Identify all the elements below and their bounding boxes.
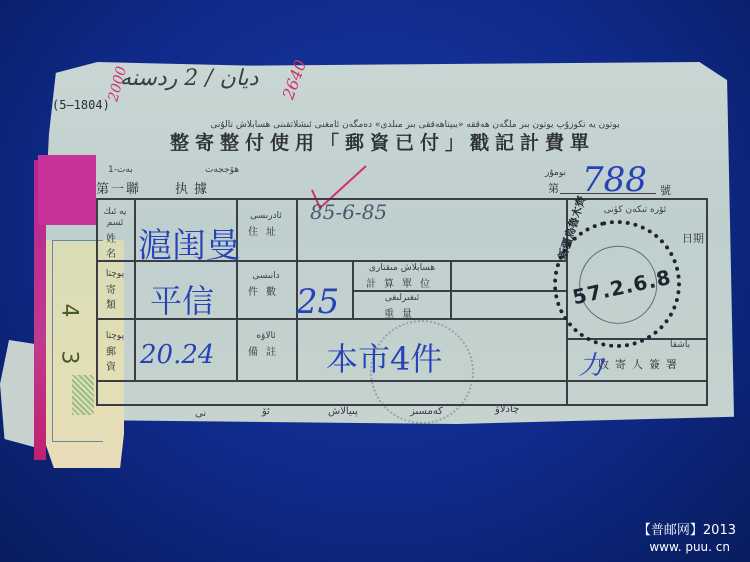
strip-number: 3 [57,351,82,365]
signature-label: 收寄人簽署 [598,356,683,372]
mail-type-value: 平信 [150,276,214,322]
date-uyghur: ئۆرە تىكەن كۈنى [600,204,670,215]
date-label: 日期 [682,230,704,246]
unit-label: ھسابلاش مىقتارى 計算單位 [354,262,450,290]
stub-uyghur: ھۆججەت [205,165,239,175]
magenta-tab [38,155,96,225]
count-value: 25 [296,282,339,322]
mail-type-label: پوچتا 寄類 [98,268,132,311]
strip-number: 4 [57,304,82,318]
stub-label: 执據 [175,178,213,197]
remarks-label: ئالاۋە 備註 [238,330,294,358]
receipt-number: 788 [582,160,647,200]
form-serial: (5—1804) [52,98,110,112]
bottom-label: كەمسىز [410,406,443,417]
handwritten-top-note: ديان / 2 ردسنه [120,66,258,91]
bottom-label: ئۆ [262,406,270,417]
document-title: 整寄整付使用「郵資已付」戳記計費單 [170,128,595,155]
number-suffix: 號 [660,182,671,198]
address-label: ئادرىسى 住址 [238,210,294,238]
signature-uyghur: باشقا [670,340,690,350]
number-prefix: 第 [548,180,559,196]
signature-value: 力 [578,345,604,382]
green-stamp-fragment [72,375,94,415]
postage-value: 20.24 [140,340,214,370]
postage-label: پوچتا 郵資 [98,330,132,373]
watermark-brand: 【普邮网】2013 [638,519,736,538]
bottom-label: چادلاۋ [495,404,519,415]
bottom-label: نى [195,408,206,419]
number-prefix-uyghur: نومۇر [545,168,566,178]
name-label: يە ئىك ئسم 姓名 [98,206,132,260]
name-value: 滬闺曼 [138,218,240,267]
watermark-url: www. puu. cn [649,540,730,554]
copy-uyghur: 1-بەت [108,165,133,175]
count-label: دانىسى 件數 [238,270,294,298]
address-value: 85-6-85 [310,200,387,224]
weight-label: ئىغىرلىغى 重量 [354,292,450,320]
copy-label: 第一聯 [96,178,141,197]
bottom-label: پىيالاش [328,406,358,417]
